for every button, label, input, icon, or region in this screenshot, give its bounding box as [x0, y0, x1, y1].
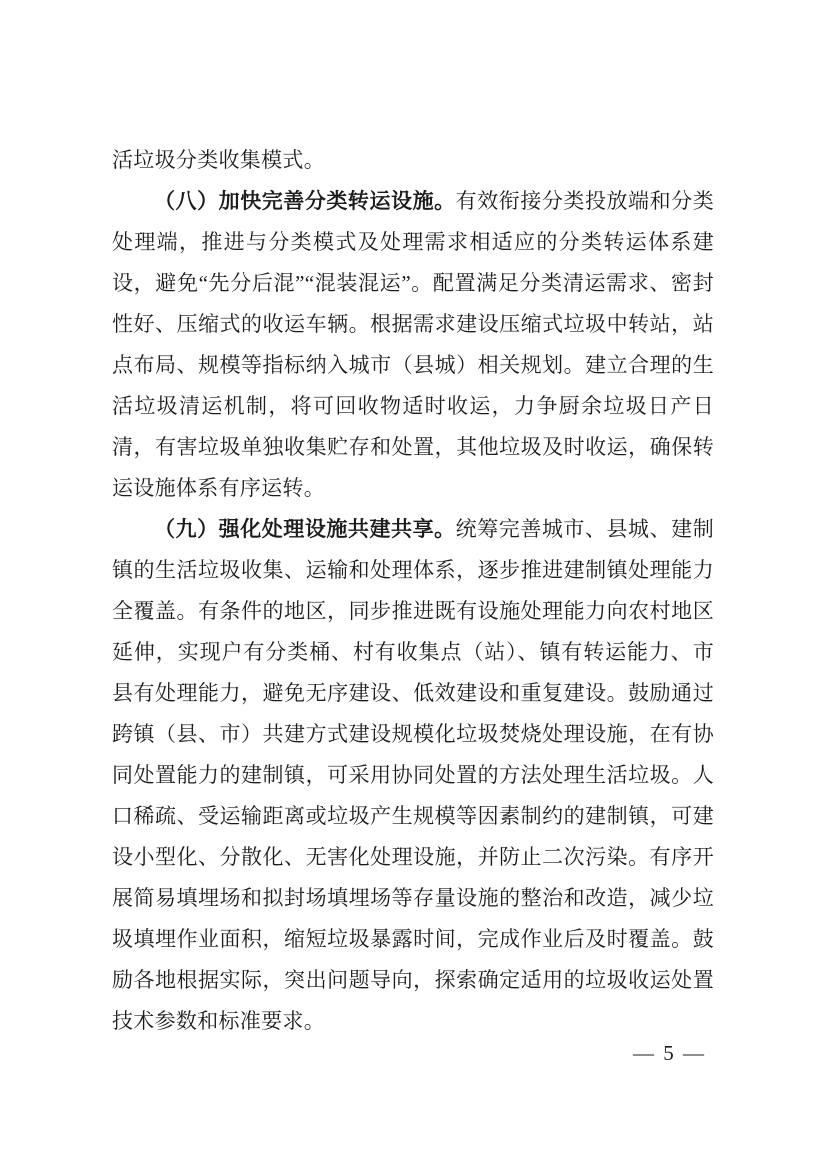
- section-9-text: 统筹完善城市、县城、建制镇的生活垃圾收集、运输和处理体系，逐步推进建制镇处理能力…: [112, 517, 714, 1033]
- section-8-heading: （八）加快完善分类转运设施。: [154, 189, 456, 213]
- section-9-heading: （九）强化处理设施共建共享。: [154, 517, 456, 541]
- document-page: 活垃圾分类收集模式。 （八）加快完善分类转运设施。有效衔接分类投放端和分类处理端…: [0, 0, 826, 1169]
- section-8-text: 有效衔接分类投放端和分类处理端，推进与分类模式及处理需求相适应的分类转运体系建设…: [112, 189, 714, 500]
- page-number: — 5 —: [633, 1038, 706, 1068]
- paragraph-section-9: （九）强化处理设施共建共享。统筹完善城市、县城、建制镇的生活垃圾收集、运输和处理…: [112, 509, 714, 1042]
- document-body: 活垃圾分类收集模式。 （八）加快完善分类转运设施。有效衔接分类投放端和分类处理端…: [112, 140, 714, 1042]
- paragraph-continuation: 活垃圾分类收集模式。: [112, 140, 714, 181]
- paragraph-section-8: （八）加快完善分类转运设施。有效衔接分类投放端和分类处理端，推进与分类模式及处理…: [112, 181, 714, 509]
